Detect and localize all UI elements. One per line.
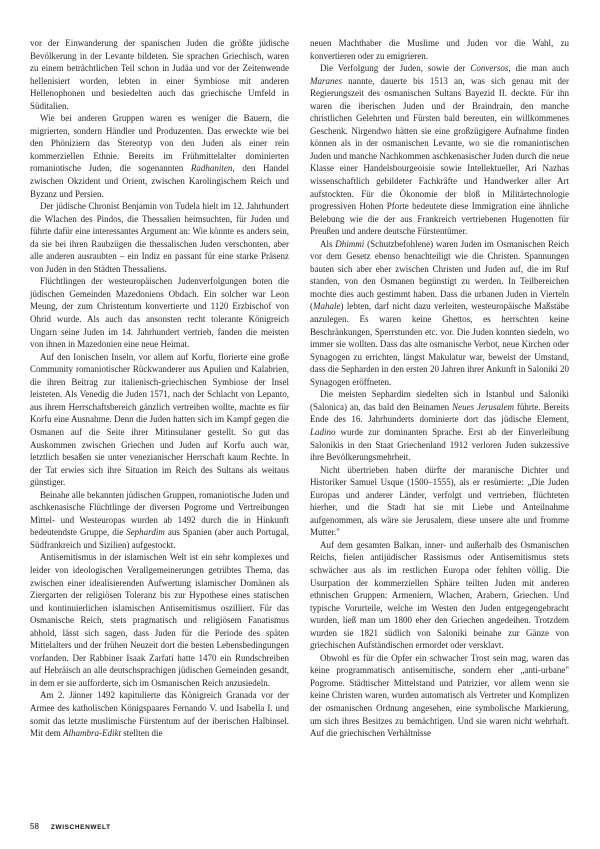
text-run: Obwohl es für die Opfer ein schwacher Tr…	[310, 653, 569, 738]
text-run: nannte, dauerte bis 1513 an, was sich ge…	[310, 76, 569, 237]
journal-name: ZWISCHENWELT	[51, 824, 111, 831]
italic-text-run: Mahale	[313, 301, 341, 311]
text-run: Auf dem gesamten Balkan, inner- und auße…	[310, 540, 569, 650]
italic-text-run: Radhaniten	[191, 163, 233, 173]
italic-text-run: Alhambra-Edikt	[63, 728, 121, 738]
two-column-text-body: vor der Einwanderung der spanischen Jude…	[30, 37, 569, 740]
text-run: wurde zur dominanten Sprache. Erst ab de…	[310, 427, 569, 462]
paragraph: Am 2. Jänner 1492 kapitulierte das König…	[30, 689, 289, 739]
text-run: Nicht übertrieben haben dürfte der maran…	[310, 465, 569, 538]
text-run: stellten die	[121, 728, 163, 738]
text-run: Flüchtlingen der westeuropäischen Judenv…	[30, 276, 289, 349]
text-run: ) lebten, darf nicht dazu verleiten, wes…	[310, 301, 569, 386]
text-run: Antisemitismus in der islamischen Welt i…	[30, 552, 289, 687]
italic-text-run: Ladino	[310, 427, 336, 437]
italic-text-run: Conversos	[470, 63, 508, 73]
paragraph: Beinahe alle bekannten jüdischen Gruppen…	[30, 489, 289, 552]
text-column-right: neuen Machthaber die Muslime und Juden v…	[310, 37, 569, 740]
text-run: vor der Einwanderung der spanischen Jude…	[30, 38, 289, 111]
italic-text-run: Dhimmi	[335, 239, 364, 249]
text-run: Der jüdische Chronist Benjamin von Tudel…	[30, 201, 289, 274]
text-run: Als	[320, 239, 335, 249]
paragraph: Auf den Ionischen Inseln, vor allem auf …	[30, 351, 289, 489]
paragraph: Auf dem gesamten Balkan, inner- und auße…	[310, 539, 569, 652]
text-run: Die Verfolgung der Juden, sowie der	[320, 63, 470, 73]
paragraph: vor der Einwanderung der spanischen Jude…	[30, 37, 289, 112]
text-run: , die man auch	[508, 63, 569, 73]
italic-text-run: Neues Jerusalem	[452, 402, 514, 412]
paragraph: Als Dhimmi (Schutzbefohlene) waren Juden…	[310, 238, 569, 389]
italic-text-run: Sephardim	[126, 527, 165, 537]
page-number: 58	[30, 822, 39, 831]
paragraph: Wie bei anderen Gruppen waren es weniger…	[30, 112, 289, 200]
paragraph: Die Verfolgung der Juden, sowie der Conv…	[310, 62, 569, 238]
text-column-left: vor der Einwanderung der spanischen Jude…	[30, 37, 289, 740]
text-run: Auf den Ionischen Inseln, vor allem auf …	[30, 352, 289, 487]
paragraph: Flüchtlingen der westeuropäischen Judenv…	[30, 275, 289, 350]
italic-text-run: Maranes	[310, 76, 342, 86]
paragraph: Der jüdische Chronist Benjamin von Tudel…	[30, 200, 289, 275]
paragraph: Die meisten Sephardim siedelten sich in …	[310, 388, 569, 463]
page-footer: 58 ZWISCHENWELT	[30, 822, 111, 831]
paragraph: Antisemitismus in der islamischen Welt i…	[30, 551, 289, 689]
paragraph: neuen Machthaber die Muslime und Juden v…	[310, 37, 569, 62]
paragraph: Nicht übertrieben haben dürfte der maran…	[310, 464, 569, 539]
paragraph: Obwohl es für die Opfer ein schwacher Tr…	[310, 652, 569, 740]
document-page: vor der Einwanderung der spanischen Jude…	[0, 0, 600, 849]
text-run: neuen Machthaber die Muslime und Juden v…	[310, 38, 569, 61]
